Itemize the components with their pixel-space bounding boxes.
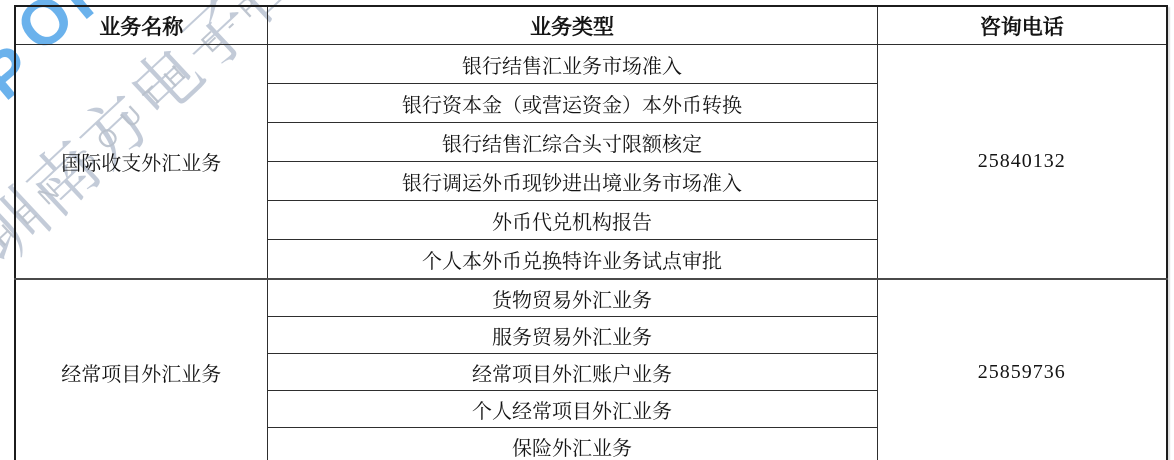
business-type-cell: 服务贸易外汇业务: [267, 317, 877, 354]
business-type-cell: 个人经常项目外汇业务: [267, 391, 877, 428]
table-header-row: 业务名称 业务类型 咨询电话: [15, 6, 1167, 45]
phone-cell: 25859736: [877, 279, 1167, 460]
business-type-cell: 货物贸易外汇业务: [267, 279, 877, 317]
business-type-cell: 外币代兑机构报告: [267, 201, 877, 240]
business-type-cell: 经常项目外汇账户业务: [267, 354, 877, 391]
business-type-cell: 银行结售汇综合头寸限额核定: [267, 123, 877, 162]
business-type-cell: 银行结售汇业务市场准入: [267, 45, 877, 84]
phone-cell: 25840132: [877, 45, 1167, 280]
header-business-name: 业务名称: [15, 6, 267, 45]
header-business-type: 业务类型: [267, 6, 877, 45]
business-type-cell: 个人本外币兑换特许业务试点审批: [267, 240, 877, 280]
business-group-name-cell: 经常项目外汇业务: [15, 279, 267, 460]
business-phone-table: 业务名称 业务类型 咨询电话 国际收支外汇业务 银行结售汇业务市场准入 2584…: [14, 5, 1168, 460]
page: P O R 圳南方电子口岸 SHENZHEN SOUTH E-PORT 业务名称…: [0, 0, 1174, 460]
business-group-name-cell: 国际收支外汇业务: [15, 45, 267, 280]
business-type-cell: 银行调运外币现钞进出境业务市场准入: [267, 162, 877, 201]
business-type-cell: 银行资本金（或营运资金）本外币转换: [267, 84, 877, 123]
table-row: 经常项目外汇业务 货物贸易外汇业务 25859736: [15, 279, 1167, 317]
table-row: 国际收支外汇业务 银行结售汇业务市场准入 25840132: [15, 45, 1167, 84]
business-type-cell: 保险外汇业务: [267, 428, 877, 460]
header-consult-phone: 咨询电话: [877, 6, 1167, 45]
